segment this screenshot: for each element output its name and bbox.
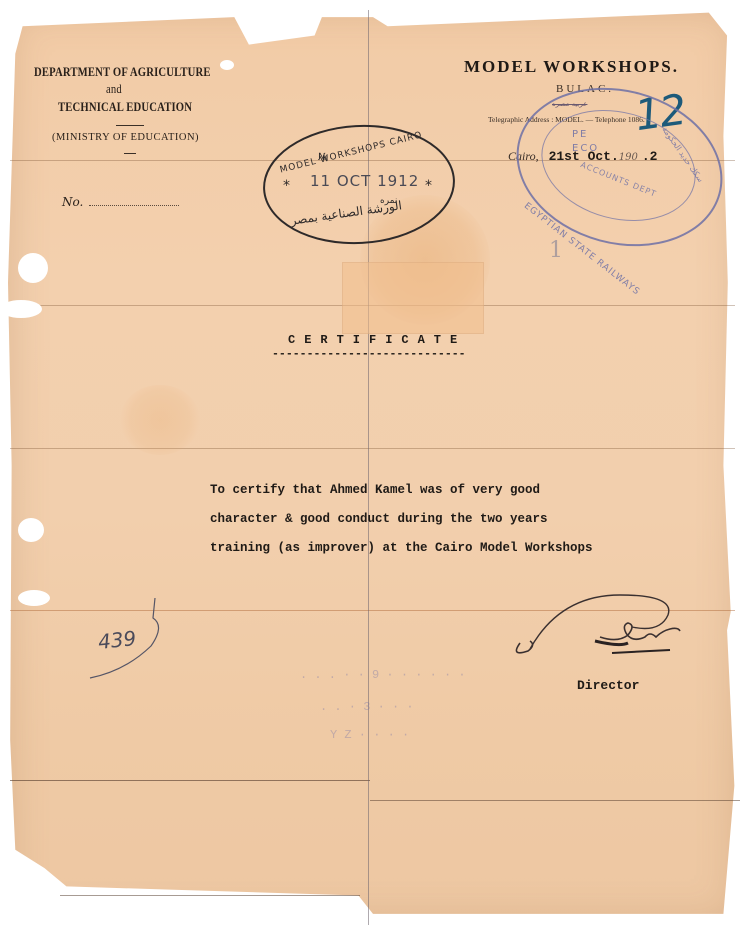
body-line-2: character & good conduct during the two …	[210, 512, 593, 541]
bleed-through-text: . . · 3 · · ·	[320, 700, 414, 714]
stain	[120, 385, 200, 455]
punch-hole	[18, 253, 48, 283]
certificate-title: CERTIFICATE	[288, 333, 466, 347]
signatory-title: Director	[577, 678, 639, 693]
punch-hole	[220, 60, 234, 70]
body-line-3: training (as improver) at the Cairo Mode…	[210, 541, 593, 570]
department-technical: TECHNICAL EDUCATION	[58, 99, 192, 115]
stamp-date: 11 OCT 1912	[310, 172, 419, 190]
punch-hole	[18, 518, 44, 542]
pencil-number: 439	[97, 626, 137, 654]
signature-text: Parker	[600, 630, 603, 631]
department-and: and	[106, 81, 122, 97]
stamp-star-right: *	[425, 178, 432, 194]
bleed-through-text: . . . · · 9 · · · · · ·	[300, 668, 466, 682]
punch-hole	[0, 300, 42, 318]
department-name: DEPARTMENT OF AGRICULTURE	[34, 64, 211, 80]
stamp-number-mark: №	[318, 152, 328, 163]
divider	[124, 153, 136, 154]
punch-hole	[18, 590, 50, 606]
fold-line	[10, 780, 370, 781]
signature	[500, 585, 690, 665]
workshops-title: MODEL WORKSHOPS.	[464, 57, 679, 77]
bleed-through-text: Y Z · · · ·	[330, 728, 409, 742]
number-blank	[89, 205, 179, 206]
divider	[116, 125, 144, 126]
tape-patch	[342, 262, 484, 334]
fold-line	[10, 448, 735, 449]
number-field: No.	[62, 193, 182, 211]
body-line-1: To certify that Ahmed Kamel was of very …	[210, 483, 593, 512]
faint-mark: 1	[549, 238, 563, 263]
fold-line	[60, 895, 360, 896]
stamp-center-text: PE ECO	[572, 128, 612, 156]
stamp-star-left: *	[283, 178, 290, 194]
number-label: No.	[62, 195, 83, 209]
certificate-body: To certify that Ahmed Kamel was of very …	[210, 483, 593, 570]
fold-line	[370, 800, 740, 801]
ministry-name: (MINISTRY OF EDUCATION)	[52, 132, 199, 143]
title-underline: ----------------------------	[272, 347, 466, 361]
